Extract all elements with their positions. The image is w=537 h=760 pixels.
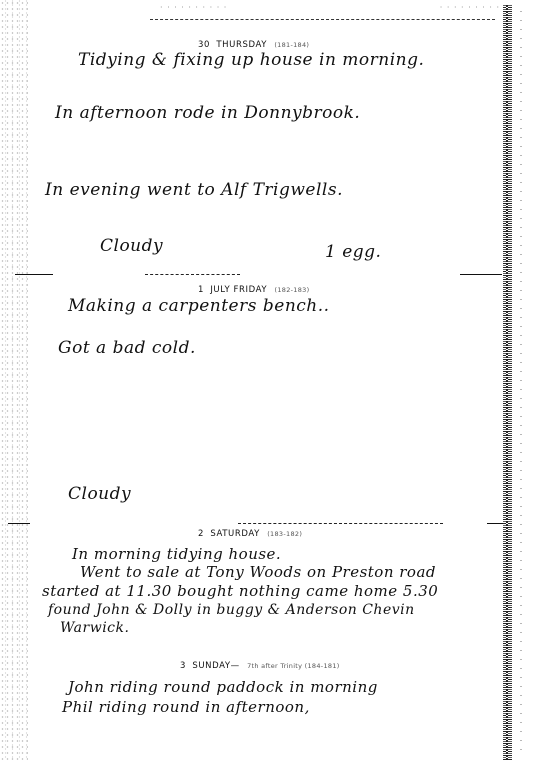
entry-line: In morning tidying house.: [72, 545, 281, 563]
day-label: SUNDAY—: [192, 661, 239, 671]
page-edge-marks: [520, 10, 522, 750]
entry-line: Got a bad cold.: [58, 338, 196, 358]
day-number: 1: [198, 285, 204, 295]
entry-line: Tidying & fixing up house in morning.: [78, 50, 424, 70]
day-number: 2: [198, 529, 204, 539]
day-heading-friday: 1 JULY FRIDAY (182-183): [198, 285, 309, 295]
entry-line: found John & Dolly in buggy & Anderson C…: [48, 602, 415, 618]
weather-note: Cloudy: [100, 236, 163, 256]
running-header: · · · · · · · · · · · · · · · · · · ·: [160, 3, 500, 17]
day-meta: (182-183): [275, 286, 310, 294]
entry-line: Phil riding round in afternoon,: [62, 698, 310, 716]
section-rule: [8, 523, 30, 524]
day-heading-saturday: 2 SATURDAY (183-182): [198, 529, 302, 539]
entry-line: Making a carpenters bench..: [68, 296, 330, 316]
section-rule: [460, 274, 502, 275]
day-meta: 7th after Trinity (184-181): [247, 662, 340, 670]
entry-line: Warwick.: [60, 620, 129, 636]
day-meta: (181-184): [274, 41, 309, 49]
section-rule: [238, 523, 443, 524]
section-rule: [15, 274, 53, 275]
day-number: 30: [198, 40, 210, 50]
egg-count: 1 egg.: [325, 242, 381, 262]
day-heading-thursday: 30 THURSDAY (181-184): [198, 40, 309, 50]
day-heading-sunday: 3 SUNDAY— 7th after Trinity (184-181): [180, 661, 340, 671]
running-header-left: · · · · · · · · · ·: [160, 3, 227, 17]
binding-edge-right: [503, 4, 512, 760]
entry-line: John riding round paddock in morning: [68, 678, 378, 696]
entry-line: In afternoon rode in Donnybrook.: [55, 103, 360, 123]
diary-page: · · · · · · · · · · · · · · · · · · · 30…: [0, 0, 537, 760]
entry-line: started at 11.30 bought nothing came hom…: [42, 582, 438, 600]
header-rule: [150, 19, 495, 20]
weather-note: Cloudy: [68, 484, 131, 504]
entry-line: In evening went to Alf Trigwells.: [45, 180, 343, 200]
day-label: THURSDAY: [216, 40, 267, 50]
running-header-right: · · · · · · · · ·: [440, 3, 500, 17]
section-rule: [487, 523, 503, 524]
day-meta: (183-182): [267, 530, 302, 538]
day-label: SATURDAY: [210, 529, 260, 539]
section-rule: [145, 274, 240, 275]
day-number: 3: [180, 661, 186, 671]
binding-edge-left: [0, 0, 28, 760]
entry-line: Went to sale at Tony Woods on Preston ro…: [80, 563, 436, 581]
day-label: JULY FRIDAY: [210, 285, 267, 295]
